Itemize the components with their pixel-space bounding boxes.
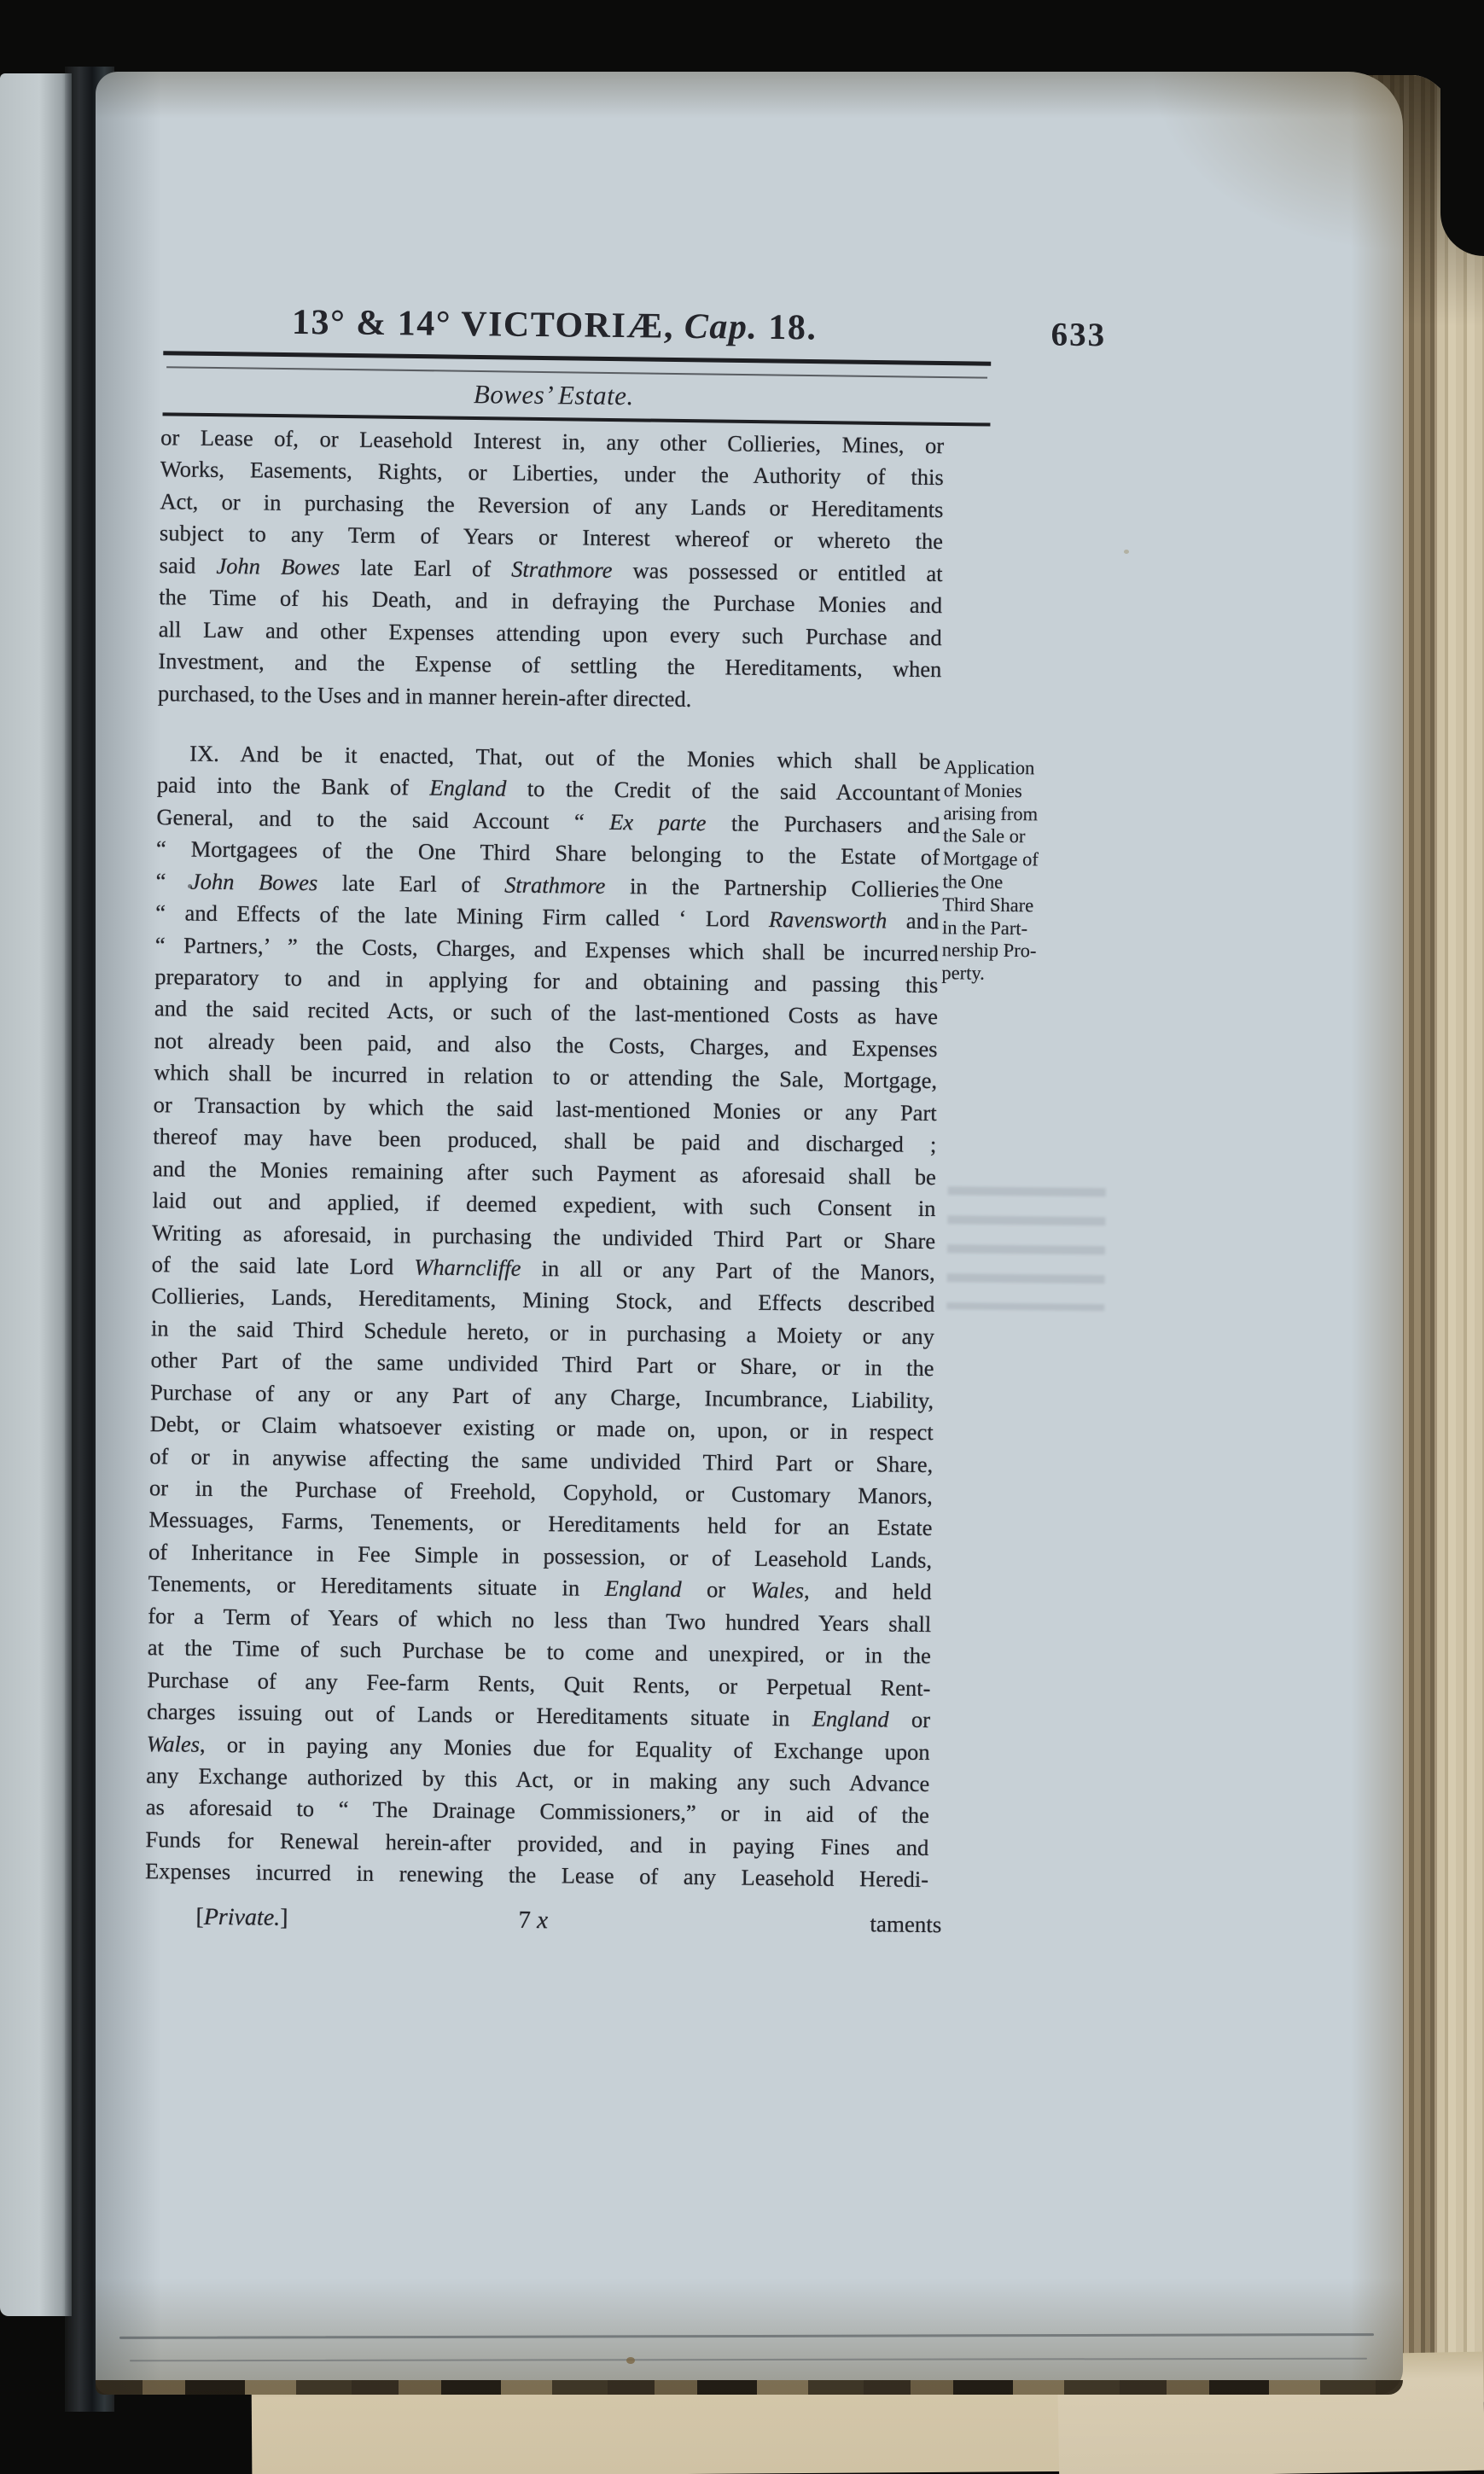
book-scan: 13° & 14° VICTORIÆ, Cap. 18. 633 Bowes’ … [0, 0, 1484, 2474]
ink-show-through-smudge [946, 1181, 1106, 1311]
signature-mark: 7 x [518, 1905, 548, 1937]
text-line: Mortgage of [943, 847, 1131, 872]
page-footer: [Private.] 7 x taments [144, 1901, 928, 1945]
previous-page-edge [0, 73, 72, 2316]
body-column: or Lease of, or Leasehold Interest in, a… [144, 422, 944, 1945]
page: 13° & 14° VICTORIÆ, Cap. 18. 633 Bowes’ … [96, 72, 1403, 2395]
paper-speck [188, 884, 192, 888]
section-ix-paragraph: IX. And be it enacted, That, out of the … [145, 737, 941, 1896]
page-number: 633 [1050, 315, 1106, 354]
text-line: in the Part- [942, 917, 1130, 941]
running-header-title: 13° & 14° VICTORIÆ, Cap. 18. [161, 300, 946, 350]
estate-subtitle: Bowes’ Estate. [161, 375, 946, 415]
paper-speck [1124, 550, 1129, 554]
text-line: Third Share [942, 894, 1130, 918]
header-rule-thick [163, 351, 991, 366]
private-act-marker: [Private.] [195, 1901, 288, 1934]
text-line: Application [944, 756, 1132, 781]
text-line: of Monies [944, 779, 1132, 804]
text-line: perty. [941, 962, 1129, 987]
catchword: taments [870, 1908, 941, 1941]
scan-background-corner [1440, 0, 1484, 256]
text-line: the One [943, 870, 1131, 895]
margin-note: Applicationof Moniesarising fromthe Sale… [941, 756, 1132, 987]
worn-bottom-edge [96, 2380, 1403, 2395]
text-line: arising from [943, 802, 1131, 827]
paper-stain [626, 2357, 635, 2364]
text-line: nership Pro- [942, 940, 1130, 964]
page-content: 13° & 14° VICTORIÆ, Cap. 18. 633 Bowes’ … [71, 71, 1403, 2407]
text-line: the Sale or [943, 825, 1131, 850]
paragraph-continuation: or Lease of, or Leasehold Interest in, a… [158, 422, 945, 718]
